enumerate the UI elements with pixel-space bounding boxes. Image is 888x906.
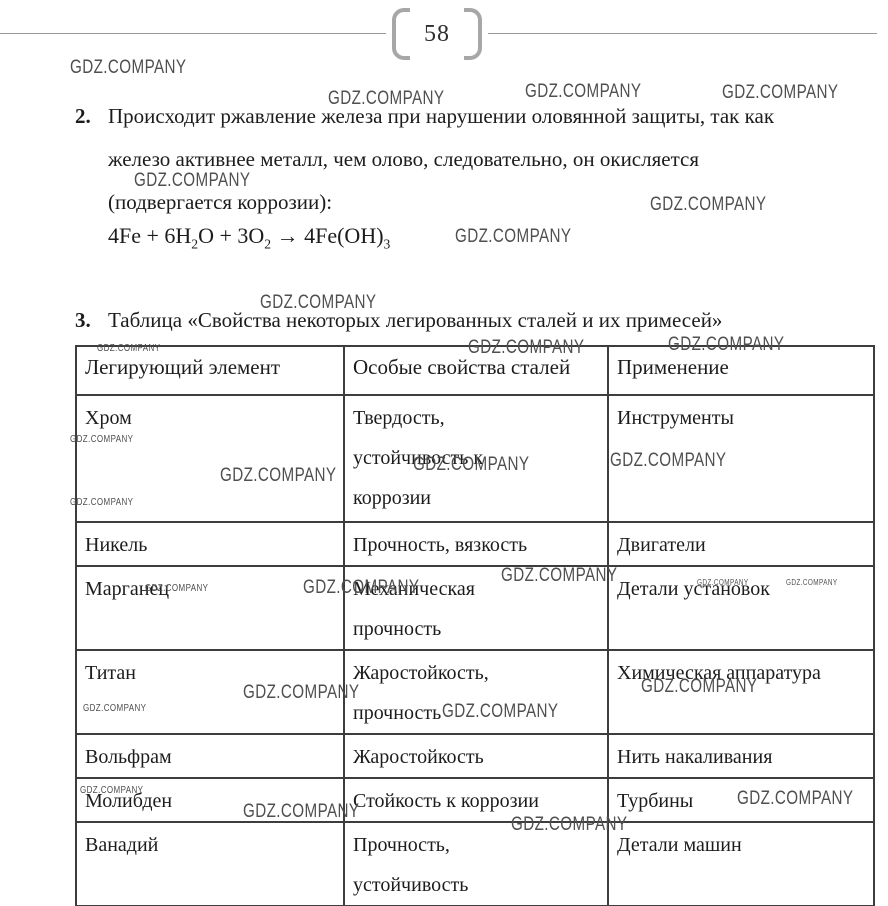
- property-line: прочность: [353, 693, 599, 733]
- table-caption: Таблица «Свойства некоторых легированных…: [108, 308, 722, 333]
- item-number: 2.: [75, 104, 91, 129]
- cell-application: Детали установок: [608, 566, 874, 650]
- cell-application: Детали машин: [608, 822, 874, 906]
- cell-element: Хром: [76, 395, 344, 522]
- alloy-steel-table: Легирующий элемент Особые свойства стале…: [75, 345, 875, 906]
- table-row: МарганецМеханическаяпрочностьДетали уста…: [76, 566, 874, 650]
- table-row: ВанадийПрочность,устойчивостьДетали маши…: [76, 822, 874, 906]
- watermark: GDZ.COMPANY: [70, 57, 186, 79]
- header-application: Применение: [608, 346, 874, 395]
- cell-properties: Жаростойкость: [344, 734, 608, 778]
- property-line: Твердость,: [353, 398, 599, 438]
- answer-text-line: Происходит ржавление железа при нарушени…: [108, 104, 774, 129]
- table-row: ХромТвердость,устойчивость ккоррозииИнст…: [76, 395, 874, 522]
- watermark: GDZ.COMPANY: [650, 194, 766, 216]
- cell-properties: Механическаяпрочность: [344, 566, 608, 650]
- property-line: Механическая: [353, 569, 599, 609]
- cell-application: Турбины: [608, 778, 874, 822]
- watermark: GDZ.COMPANY: [134, 170, 250, 192]
- answer-text-line: железо активнее металл, чем олово, следо…: [108, 147, 699, 172]
- cell-application: Химическая аппаратура: [608, 650, 874, 734]
- cell-element: Молибден: [76, 778, 344, 822]
- cell-properties: Жаростойкость,прочность: [344, 650, 608, 734]
- header-element: Легирующий элемент: [76, 346, 344, 395]
- cell-element: Вольфрам: [76, 734, 344, 778]
- document-page: 58 2. Происходит ржавление железа при на…: [0, 0, 888, 906]
- chemical-equation: 4Fe + 6H2O + 3O2 → 4Fe(OH)3: [108, 223, 390, 252]
- table-row: МолибденСтойкость к коррозииТурбины: [76, 778, 874, 822]
- property-line: прочность: [353, 609, 599, 649]
- watermark: GDZ.COMPANY: [455, 226, 571, 248]
- cell-properties: Прочность,устойчивость: [344, 822, 608, 906]
- page-number: 58: [424, 21, 450, 48]
- property-line: коррозии: [353, 478, 599, 518]
- watermark: GDZ.COMPANY: [525, 81, 641, 103]
- property-line: Прочность,: [353, 825, 599, 865]
- table-row: ТитанЖаростойкость,прочностьХимическая а…: [76, 650, 874, 734]
- property-line: Жаростойкость,: [353, 653, 599, 693]
- cell-application: Двигатели: [608, 522, 874, 566]
- table-header-row: Легирующий элемент Особые свойства стале…: [76, 346, 874, 395]
- property-line: устойчивость: [353, 865, 599, 905]
- cell-element: Никель: [76, 522, 344, 566]
- cell-element: Ванадий: [76, 822, 344, 906]
- property-line: Жаростойкость: [353, 737, 599, 777]
- cell-properties: Твердость,устойчивость ккоррозии: [344, 395, 608, 522]
- page-number-badge: 58: [386, 7, 488, 61]
- property-line: Стойкость к коррозии: [353, 781, 599, 821]
- right-bracket-icon: [464, 8, 482, 60]
- cell-application: Нить накаливания: [608, 734, 874, 778]
- answer-text-line: (подвергается коррозии):: [108, 190, 332, 215]
- property-line: Прочность, вязкость: [353, 525, 599, 565]
- property-line: устойчивость к: [353, 438, 599, 478]
- cell-element: Марганец: [76, 566, 344, 650]
- cell-properties: Стойкость к коррозии: [344, 778, 608, 822]
- cell-element: Титан: [76, 650, 344, 734]
- table-row: ВольфрамЖаростойкостьНить накаливания: [76, 734, 874, 778]
- left-bracket-icon: [392, 8, 410, 60]
- cell-properties: Прочность, вязкость: [344, 522, 608, 566]
- watermark: GDZ.COMPANY: [722, 82, 838, 104]
- table-row: НикельПрочность, вязкостьДвигатели: [76, 522, 874, 566]
- cell-application: Инструменты: [608, 395, 874, 522]
- header-properties: Особые свойства сталей: [344, 346, 608, 395]
- item-number: 3.: [75, 308, 91, 333]
